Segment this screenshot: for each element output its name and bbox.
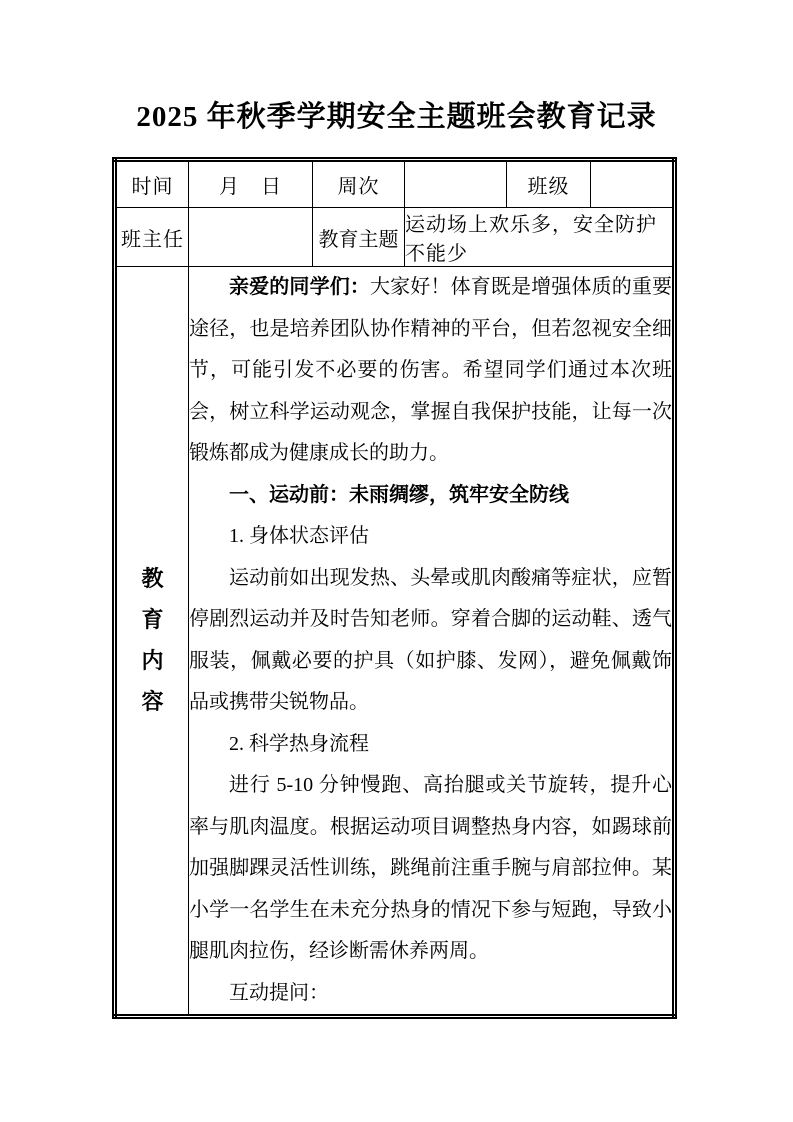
item2-body: 进行 5-10 分钟慢跑、高抬腿或关节旋转，提升心率与肌肉温度。根据运动项目调整… [189, 765, 672, 973]
item1-body: 运动前如出现发热、头晕或肌肉酸痛等症状，应暂停剧烈运动并及时告知老师。穿着合脚的… [189, 558, 672, 724]
teacher-label: 班主任 [115, 208, 189, 267]
content-label-char: 内 [141, 650, 163, 672]
table-row: 班主任 教育主题 运动场上欢乐多，安全防护不能少 [115, 208, 675, 267]
greeting-lead: 亲爱的同学们： [229, 276, 370, 298]
week-label: 周次 [313, 160, 405, 208]
content-area: 亲爱的同学们：大家好！体育既是增强体质的重要途径，也是培养团队协作精神的平台，但… [189, 267, 675, 1017]
content-label-char: 教 [141, 568, 163, 590]
meeting-record-table: 时间 月 日 周次 班级 班主任 教育主题 运动场上欢乐多，安全防护不能少 教 … [112, 157, 677, 1019]
item1-title: 1. 身体状态评估 [189, 516, 672, 558]
item2-title: 2. 科学热身流程 [189, 724, 672, 766]
section1-heading: 一、运动前：未雨绸缪，筑牢安全防线 [189, 475, 672, 517]
content-label: 教 育 内 容 [115, 267, 189, 1017]
theme-value: 运动场上欢乐多，安全防护不能少 [405, 208, 675, 267]
table-row: 教 育 内 容 亲爱的同学们：大家好！体育既是增强体质的重要途径，也是培养团队协… [115, 267, 675, 1017]
table-row: 时间 月 日 周次 班级 [115, 160, 675, 208]
time-value-field[interactable]: 月 日 [189, 160, 313, 208]
time-label: 时间 [115, 160, 189, 208]
content-label-char: 容 [141, 691, 163, 713]
class-label: 班级 [507, 160, 591, 208]
class-value-field[interactable] [591, 160, 675, 208]
week-value-field[interactable] [405, 160, 507, 208]
page-title: 2025 年秋季学期安全主题班会教育记录 [0, 94, 793, 135]
greeting-paragraph: 亲爱的同学们：大家好！体育既是增强体质的重要途径，也是培养团队协作精神的平台，但… [189, 267, 672, 475]
teacher-value-field[interactable] [189, 208, 313, 267]
content-label-vertical-text: 教 育 内 容 [117, 568, 188, 713]
content-label-char: 育 [141, 609, 163, 631]
greeting-body: 大家好！体育既是增强体质的重要途径，也是培养团队协作精神的平台，但若忽视安全细节… [189, 276, 672, 464]
interaction-prompt: 互动提问： [189, 973, 672, 1015]
theme-label: 教育主题 [313, 208, 405, 267]
